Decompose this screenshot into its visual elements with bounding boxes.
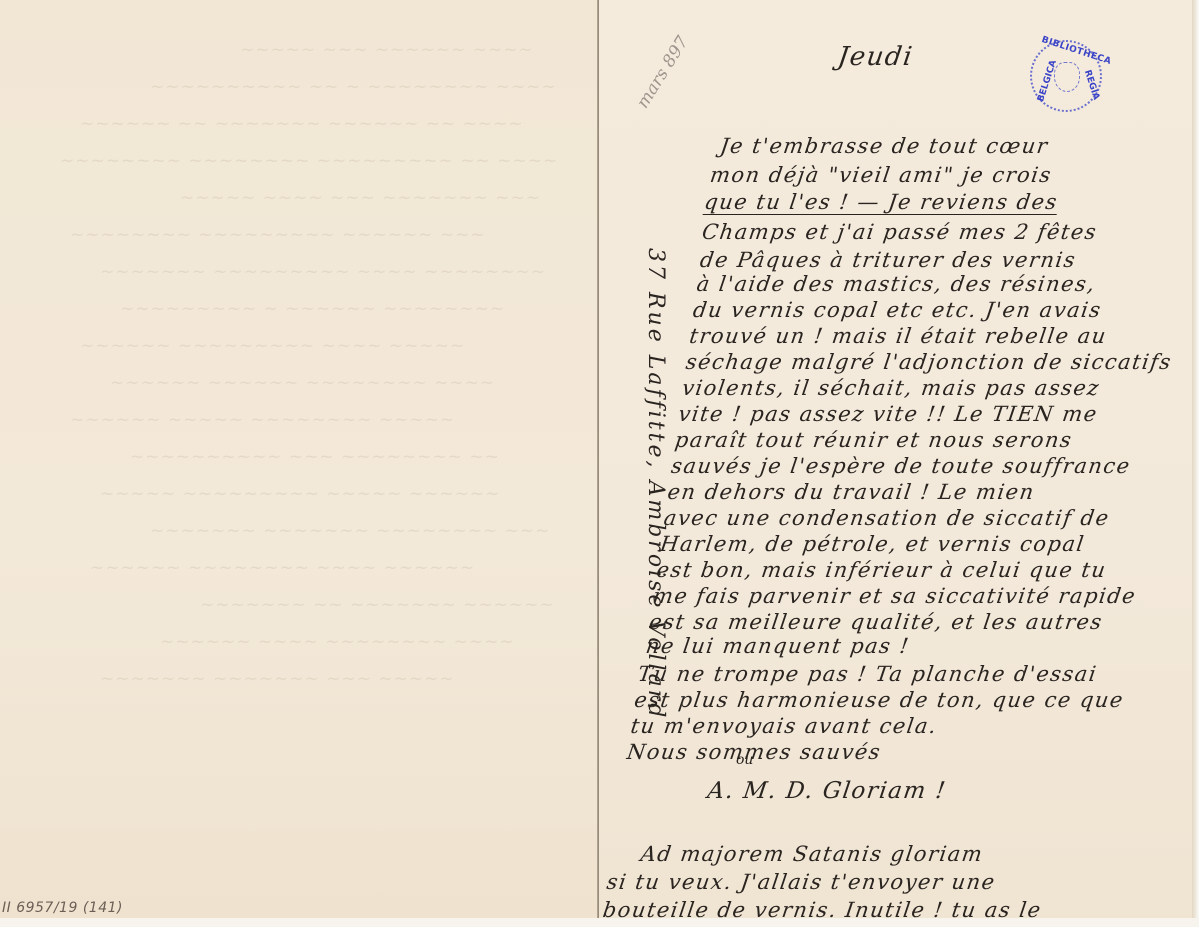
bleed-line: ~~~~~~~ ~~ ~~~~~~~ ~~~~~~ xyxy=(40,595,560,632)
bleed-line: ~~~~~~~~~ ~ ~~~~~~ ~~~~~~~~ xyxy=(40,299,560,336)
bleed-line: ~~~~~~~~~~ ~~ ~ ~~~~~~~~ ~~~~ xyxy=(40,77,560,114)
letter-line: avec une condensation de siccatif de xyxy=(662,506,1111,530)
letter-line: du vernis copal etc etc. J'en avais xyxy=(692,298,1104,322)
letter-line: trouvé un ! mais il était rebelle au xyxy=(688,324,1109,348)
letter-line: séchage malgré l'adjonction de siccatifs xyxy=(684,350,1173,374)
letter-line: me fais parvenir et sa siccativité rapid… xyxy=(651,584,1138,608)
bleed-line: ~~~~~~~~ ~~~~~~~~~ ~~~~~~ ~~~ xyxy=(40,225,560,262)
letter-line: est bon, mais inférieur à celui que tu xyxy=(655,558,1108,582)
letter-line: paraît tout réunir et nous serons xyxy=(673,428,1074,452)
bleed-line: ~~~~~~~~ ~~~~~~~~ ~~~~~~~~~ ~~ ~~~~ xyxy=(40,151,560,188)
bleed-line: ~~~~~~ ~~~~~~ ~~~~~~~~ ~~~~ xyxy=(40,373,560,410)
bleed-line: ~~~~~ ~~~ ~~~~~~ ~~~~ xyxy=(40,40,560,77)
date-heading: Jeudi xyxy=(836,42,915,72)
bleed-line: ~~~~~~ ~~~~~~~~~ ~~~~ ~~~~~ xyxy=(40,336,560,373)
letter-line: Champs et j'ai passé mes 2 fêtes xyxy=(701,220,1099,244)
letter-line: que tu l'es ! — Je reviens des xyxy=(703,190,1060,215)
letter-line: à l'aide des mastics, des résines, xyxy=(695,272,1097,296)
letter-line: violents, il séchait, mais pas assez xyxy=(681,376,1102,400)
letter-line: mon déjà "vieil ami" je crois xyxy=(709,163,1054,187)
bleed-line: ~~~~~~~~~~ ~~~ ~~~~~~~~ ~~ xyxy=(40,447,560,484)
letter-line: bouteille de vernis. Inutile ! tu as le xyxy=(601,898,1043,922)
stamp-text-right: REGIA xyxy=(1082,69,1101,101)
paper-edge xyxy=(1192,0,1199,927)
letter-line: si tu veux. J'allais t'envoyer une xyxy=(605,870,997,894)
stamp-emblem-icon xyxy=(1054,62,1080,92)
letter-line: sauvés je l'espère de toute souffrance xyxy=(670,454,1133,478)
bleed-line: ~~~~~~~ ~~~~~~~~~ ~~~~ ~~~~~~~~ xyxy=(40,262,560,299)
bleed-line: ~~~~~~ ~~~~~~~~ ~~~~ ~~~~~~ xyxy=(40,558,560,595)
letter-line: est plus harmonieuse de ton, que ce que xyxy=(633,688,1126,712)
letter-line: est sa meilleure qualité, et les autres xyxy=(648,610,1105,634)
bleed-line: ~~~~~ ~~~~ ~~~ ~~~~~~~ ~~~ xyxy=(40,188,560,225)
bleed-line: ~~~~~ ~~~~~~~~~ ~~~~~ ~~~~~~ xyxy=(40,484,560,521)
letter-line: en dehors du travail ! Le mien xyxy=(666,480,1036,504)
bleed-line: ~~~~~~ ~~~~ ~~~~~~~~ ~~~~ xyxy=(40,632,560,669)
letter-line: A. M. D. Gloriam ! xyxy=(706,778,948,804)
letter-line: Tu ne trompe pas ! Ta planche d'essai xyxy=(636,662,1098,686)
left-page: ~~~~~ ~~~ ~~~~~~ ~~~~ ~~~~~~~~~~ ~~ ~ ~~… xyxy=(0,0,597,918)
letter-line: vite ! pas assez vite !! Le TIEN me xyxy=(677,402,1100,426)
library-stamp: BIBLIOTHECA BELGICA REGIA xyxy=(1030,40,1102,112)
shelfmark: II 6957/19 (141) xyxy=(2,900,123,916)
letter-line: Je t'embrasse de tout cœur xyxy=(719,134,1050,158)
bleed-line: ~~~~~~ ~~ ~~~~~~~ ~~~~~~ ~~ ~~~~ xyxy=(40,114,560,151)
letter-line: ne lui manquent pas ! xyxy=(644,634,911,658)
letter-line: Harlem, de pétrole, et vernis copal xyxy=(659,532,1087,556)
bleed-through-text: ~~~~~ ~~~ ~~~~~~ ~~~~ ~~~~~~~~~~ ~~ ~ ~~… xyxy=(40,40,560,706)
bleed-line: ~~~~~~ ~~~~~ ~~~~~~~~ ~~~~~ xyxy=(40,410,560,447)
letter-line: tu m'envoyais avant cela. xyxy=(629,714,939,738)
letter-line: Nous sommes sauvés xyxy=(625,740,882,764)
bleed-line: ~~~~~~~ ~~~~~~~ ~~~~~~~~ ~~~ xyxy=(40,521,560,558)
margin-note: ou xyxy=(736,752,753,768)
bleed-line: ~~~~~~~ ~~~~~~~ ~~~ ~~~~~ xyxy=(40,669,560,706)
letter-line: Ad majorem Satanis gloriam xyxy=(639,842,985,866)
letter-line: de Pâques à triturer des vernis xyxy=(699,248,1078,272)
